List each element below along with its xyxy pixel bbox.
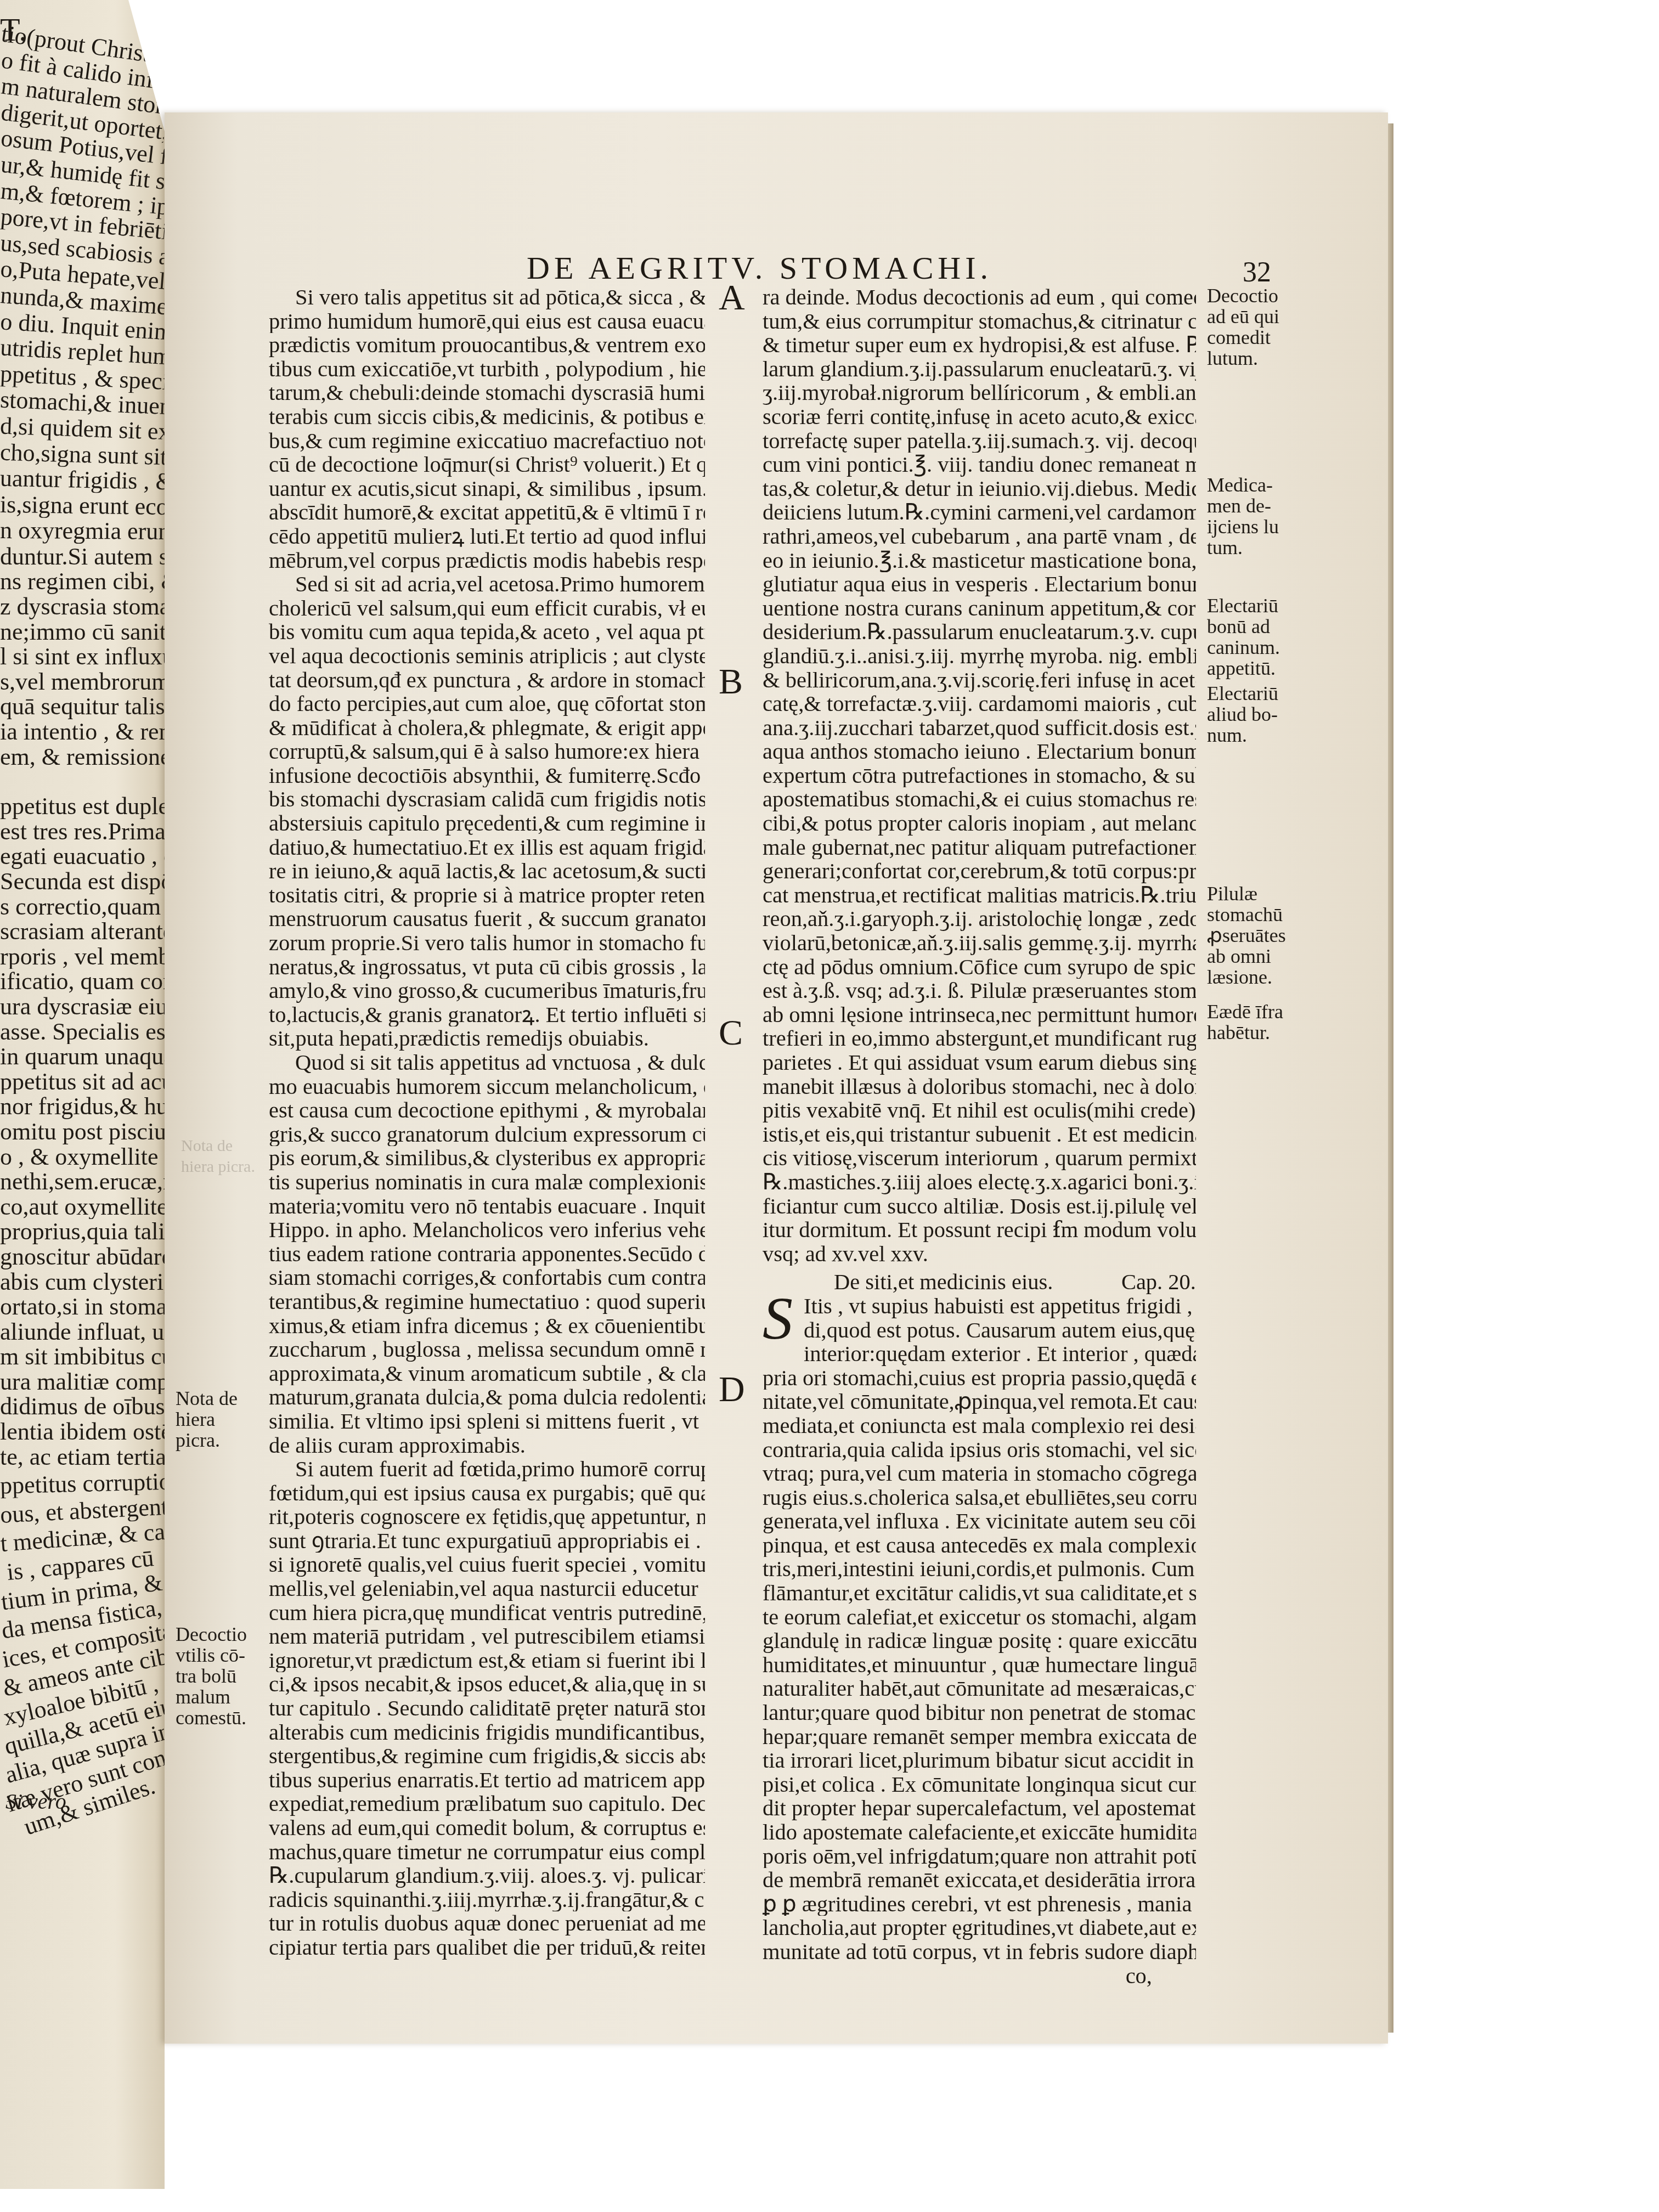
text-line: tibus cum exiccatiōe,vt turbith , polypo… [269,357,705,381]
text-line: parietes . Et qui assiduat vsum earum di… [763,1051,1196,1075]
text-line: cat menstrua,et rectificat malitias matr… [763,883,1196,907]
text-line: tas,& coletur,& detur in ieiunio.vij.die… [763,477,1196,501]
text-line: mediata,et coniuncta est mala complexio … [763,1414,1196,1438]
text-line: humiditates,et minuuntur , quæ humectare… [763,1653,1196,1677]
text-column-1: Si vero talis appetitus sit ad pōtica,& … [269,285,705,1960]
text-line: ʒ.iij.myrobał.nigrorum bellíricorum , & … [763,381,1196,405]
margin-note: Electariū bonū ad caninum. appetitū. [1207,595,1280,679]
text-line: cholericū vel salsum,qui eum efficit cur… [269,596,705,620]
text-line: ℞.cupularum glandium.ʒ.viij. aloes.ʒ. vj… [269,1864,705,1888]
margin-note: Medica- men de- ijciens lu tum. [1207,475,1279,558]
text-line: ximus,& etiam infra dicemus ; & ex cōuen… [269,1314,705,1338]
text-line: generari;confortat cor,cerebrum,& totū c… [763,859,1196,883]
facing-page-line: egati euacuatio , quam cōple [0,844,165,869]
text-line: vtraq; pura,vel cum materia in stomacho … [763,1462,1196,1486]
facing-page-line: duntur.Si autem sint in eo gene [0,544,165,569]
text-line: menstruorum causatus fuerit , & succum g… [269,907,705,931]
facing-page-left: T. tio(prout Christus annuens nobiso fit… [0,0,165,2189]
text-column-2: ra deinde. Modus decoctionis ad eum , qu… [763,285,1196,1988]
running-head: DE AEGRITV. STOMACHI. [527,250,992,286]
facing-page-line: is,signa erunt econtra, calidis vero a [0,492,165,520]
facing-page-line: omitu post piscium salis [0,1119,165,1144]
text-line: glutiatur aqua eius in vesperis . Electa… [763,572,1196,596]
text-line: flāmantur,et excitātur calidis,vt sua ca… [763,1581,1196,1605]
text-line: radicis squinanthi.ʒ.iiij.myrrhæ.ʒ.ij.fr… [269,1888,705,1912]
text-line: uantur ex acutis,sicut sinapi, & similib… [269,477,705,501]
text-line: pinqua, et est causa antecedēs ex mala c… [763,1533,1196,1558]
text-line: mēbrum,vel corpus prædictis modis habebi… [269,549,705,573]
text-line: stergentibus,& regimine cum frigidis,& s… [269,1744,705,1768]
text-line: trefieri in eo,immo abstergunt,et mundif… [763,1026,1196,1051]
text-line: machus,quare timetur ne corrumpatur eius… [269,1840,705,1864]
text-line: maturum,granata dulcia,& poma dulcia red… [269,1385,705,1409]
text-line: catę,& torrefactæ.ʒ.viij. cardamomi maio… [763,692,1196,716]
margin-note: Pilulæ stomachū ꝓseruātes ab omni læsion… [1207,883,1286,988]
margin-note: Electariū aliud bo- num. [1207,683,1278,746]
text-line: Si vero talis appetitus sit ad pōtica,& … [269,285,705,309]
text-line: naturaliter habēt,aut cōmunitate ad mesæ… [763,1677,1196,1701]
facing-page-line: Secunda est dispōnis stoma [0,869,165,894]
text-line: glandiū.ʒ.i..anisi.ʒ.iij. myrrhę myroba.… [763,644,1196,668]
text-line: male gubernat,nec patitur aliquam putref… [763,836,1196,860]
text-line: primo humidum humorē,qui eius est causa … [269,309,705,334]
text-line: zuccharum , buglossa , melissa secundum … [269,1338,705,1362]
text-line: apostematibus stomachi,& ei cuius stomac… [763,787,1196,811]
text-line: violarū,betonicæ,aň.ʒ.iij.salis gemmę.ʒ.… [763,931,1196,955]
section-letter-a: A [719,277,745,319]
text-line: de aliis curam approximabis. [269,1434,705,1458]
facing-page-line: s,vel membrorum inualida,& [0,669,165,695]
text-line: rit,poteris cognoscere ex fętidis,quę ap… [269,1505,705,1529]
facing-page-line: lentia ibidem ostēdimus [0,1419,165,1444]
text-line: di,quod est potus. Causarum autem eius,q… [763,1318,1196,1342]
text-line: datiuo,& humectatiuo.Et ex illis est aqu… [269,836,705,860]
facing-page-line: z dyscrasia stomachi mala [0,594,165,619]
facing-page-line: ns regimen cibi, & potus inanime [0,569,165,594]
text-line: cum vini pontici.℥. viij. tandiu donec r… [763,453,1196,477]
text-line: tia irrorari licet,plurimum bibatur sicu… [763,1748,1196,1773]
text-line: est à.ʒ.ß. vsq; ad.ʒ.i. ß. Pilulæ præser… [763,979,1196,1003]
text-line: tum,& eius corrumpitur stomachus,& citri… [763,309,1196,334]
facing-page-line: d,si quidem sit ex humoribus [0,413,165,444]
text-line: terabis cum siccis cibis,& medicinis, & … [269,405,705,429]
drop-cap: S [763,1291,793,1346]
facing-page-line: asse. Specialis est multiplex [0,1019,165,1045]
text-line: gris,& succo granatorum dulcium expresso… [269,1122,705,1147]
text-line: & mūdificat à cholera,& phlegmate, & eri… [269,716,705,740]
text-line: lancholia,aut propter ęgritudines,vt dia… [763,1916,1196,1940]
facing-page-line: o , & oxymellite ,puocan [0,1144,165,1170]
text-line: terantibus,& regimine humectatiuo : quod… [269,1290,705,1314]
text-line: nem materiā putridam , vel putrescibilem… [269,1624,705,1649]
text-line: valens ad eum,qui comedit bolum, & corru… [269,1816,705,1840]
facing-page-catchword: Si vero [5,1788,66,1814]
margin-note: Eædē īfra habētur. [1207,1001,1283,1043]
facing-page-line: aliunde influat, uel aga [0,1319,165,1345]
text-line: itur dormitum. Et possunt recipi ẜm modu… [763,1218,1196,1242]
text-line: manebit illæsus à doloribus stomachi, ne… [763,1075,1196,1099]
text-line: Sed si sit ad acria,vel acetosa.Primo hu… [269,572,705,596]
text-line: ci,& ipsos necabit,& ipsos educet,& alia… [269,1672,705,1696]
facing-page-text: tio(prout Christus annuens nobiso fit à … [0,44,165,1795]
text-line: tur capitulo . Secundo caliditatē pręter… [269,1696,705,1720]
facing-page-line: s correctio,quam cōplexio [0,894,165,919]
text-line: desiderium.℞.passularum enucleatarum.ʒ.v… [763,620,1196,644]
text-line: mellis,vel geleniabin,vel aqua nasturcii… [269,1577,705,1601]
margin-note: Nota de hiera picra. [176,1388,238,1451]
text-line: Itis , vt supius habuisti est appetitus … [763,1294,1196,1318]
facing-page-line: quā sequitur talis apetitus cor [0,694,165,719]
text-line: expertum cōtra putrefactiones in stomach… [763,764,1196,788]
facing-page-line: n oxyregmia erunt , & quia fu [0,518,165,544]
text-line: nitate,vel cōmunitate,ꝓpinqua,vel remota… [763,1390,1196,1414]
text-line: aqua anthos stomacho ieiuno . Electarium… [763,740,1196,764]
facing-page-line: proprius,quia talis hum [0,1219,165,1244]
text-line: istis,et eis,qui tristantur subuenit . E… [763,1122,1196,1147]
text-line: do facto percipies,aut cum aloe, quę cōf… [269,692,705,716]
text-line: generata,vel influxa . Ex vicinitate aut… [763,1509,1196,1533]
section-letter-c: C [719,1012,743,1054]
text-line: vel aqua decoctionis seminis atriplicis … [269,644,705,668]
text-line: cibi,& potus propter caloris inopiam , a… [763,811,1196,836]
chapter-heading: De siti,et medicinis eius. Cap. 20. [763,1270,1196,1294]
facing-page-line: abis cum clysteri, vł pha [0,1269,165,1295]
facing-page-line: te, ac etiam tertiam [0,1444,165,1470]
text-line: poris oēm,vel infrigdatum;quare non attr… [763,1844,1196,1869]
facing-page-line: ppetitus est duplex,est.n.gene [0,794,165,819]
text-line: torrefactę super patella.ʒ.iij.sumach.ʒ.… [763,429,1196,453]
text-line: interior:quędam exterior . Et interior ,… [763,1342,1196,1366]
text-line: rugis eius.s.cholerica salsa,et ebulliēt… [763,1486,1196,1510]
text-line: cum hiera picra,quę mundificat ventris p… [269,1601,705,1625]
facing-page-line: ppetitus corruptionis [0,1469,165,1498]
text-line: pria ori stomachi,cuius est propria pass… [763,1366,1196,1390]
text-line: expediat,remedium prælibatum suo capitul… [269,1792,705,1816]
text-line: & belliricorum,ana.ʒ.vij.scorię.feri inf… [763,668,1196,692]
text-line: vsq; ad xv.vel xxv. [763,1242,1196,1266]
text-line: mo euacuabis humorem siccum melancholicu… [269,1075,705,1099]
text-line: bis stomachi dyscrasiam calidā cum frigi… [269,787,705,811]
text-line: si ignoretē qualis,vel cuius fuerit spec… [269,1553,705,1577]
text-line: ꝑ ꝑ ægritudines cerebri, vt est phrenesi… [763,1892,1196,1916]
text-line: approximata,& vinum aromaticum subtile ,… [269,1362,705,1386]
facing-page-line: ia intentio , & remissio penes [0,719,165,744]
facing-page-line: uantur frigidis , & abso [0,466,165,494]
text-line: corruptū,& salsum,qui ē à salso humore:e… [269,740,705,764]
text-line: sunt ꝯtraria.Et tunc expurgatiuū appropr… [269,1529,705,1553]
text-line: tur in rotulis duobus aquæ donec perueni… [269,1911,705,1936]
text-line: tarum,& chebuli:deinde stomachi dyscrasi… [269,381,705,405]
text-line: est causa cum decoctione epithymi , & my… [269,1098,705,1122]
text-line: zorum proprie.Si vero talis humor in sto… [269,931,705,955]
text-line: re in ieiuno,& aquā lactis,& lac acetosu… [269,859,705,883]
text-line: abscīdit humorē,& excitat appetitū,& ē v… [269,500,705,524]
text-line: tis superius nominatis in cura malæ comp… [269,1170,705,1194]
text-line: cipiatur tertia pars qualibet die per tr… [269,1936,705,1960]
facing-page-line: rporis , vel membri (si quod [0,944,165,969]
section-letter-b: B [719,661,743,703]
text-line: infusione decoctiōis absynthii, & fumite… [269,764,705,788]
facing-page-line: nethi,sem.erucæ,nasturci [0,1169,165,1194]
catchword: co, [763,1964,1196,1988]
text-line: & timetur super eum ex hydropisi,& est a… [763,333,1196,357]
text-line: bus,& cum regimine exiccatiuo macrefacti… [269,429,705,453]
text-line: materia;vomitu vero nō tentabis euacuare… [269,1194,705,1218]
text-line: ℞.mastiches.ʒ.iiij aloes electę.ʒ.x.agar… [763,1170,1196,1194]
text-line: cis vitiosę,viscerum interiorum , quarum… [763,1146,1196,1170]
chapter-title: De siti,et medicinis eius. [834,1270,1053,1294]
text-line: glandulę in radicæ linguæ positę : quare… [763,1629,1196,1653]
facing-page-line: ortato,si in stomacho sit [0,1294,165,1319]
facing-page-line: l si sint ex influxu, signa eius [0,644,165,669]
text-line: prædictis vomitum prouocantibus,& ventre… [269,333,705,357]
facing-page-line: cho,signa sunt siti [0,439,165,469]
text-line: hepar;quare remanēt semper membra exicca… [763,1725,1196,1749]
text-line: similia. Et vltimo ipsi spleni si mitten… [269,1409,705,1434]
text-line: lantur;quare quod bibitur non penetrat d… [763,1701,1196,1725]
text-line: Quod si sit talis appetitus ad vnctuosa … [269,1051,705,1075]
text-line: tius eadem ratione contraria apponentes.… [269,1242,705,1266]
text-line: lido apostemate calefaciente,et exiccāte… [763,1820,1196,1844]
chapter-number: Cap. 20. [1121,1270,1196,1294]
text-line: to,lactucis,& granis granatorꝝ. Et terti… [269,1003,705,1027]
text-line: munitate ad totū corpus, vt in febris su… [763,1940,1196,1964]
facing-page-line: ppetitus sit ad acuta acri [0,1069,165,1094]
facing-page-line: co,aut oxymellite ei⁹,sic [0,1194,165,1220]
margin-note: Decoctio vtilis cō- tra bolū malum comes… [176,1624,247,1728]
text-line: pisi,et colica . Ex cōmunitate longinqua… [763,1773,1196,1797]
text-line: Hippo. in apho. Melancholicos vero infer… [269,1218,705,1242]
facing-page-line: ura dyscrasiæ eius cum [0,994,165,1019]
text-line: rathri,ameos,vel cubebarum , ana partē v… [763,524,1196,549]
text-line: deiiciens lutum.℞.cymini carmeni,vel car… [763,500,1196,524]
facing-page-line: em, & remissionem ipsius tali [0,744,165,770]
facing-page-line [0,769,165,794]
section-letter-d: D [719,1369,745,1410]
text-line: tat deorsum,qđ ex punctura , & ardore in… [269,668,705,692]
facing-page-line: didimus de oībus serieb [0,1394,165,1419]
text-line: scoriæ ferri contitę,infusę in aceto acu… [763,405,1196,429]
text-line: reon,aň.ʒ.i.garyoph.ʒ.ij. aristolochię l… [763,907,1196,931]
margin-note: Decoctio ad eū qui comedit lutum. [1207,285,1279,369]
text-line: uentione nostra curans caninum appetitum… [763,596,1196,620]
text-line: tibus superius enarratis.Et tertio ad ma… [269,1768,705,1792]
text-line: dit propter hepar supercalefactum, vel a… [763,1796,1196,1820]
page-number: 32 [1243,256,1271,289]
text-line: cēdo appetitū mulierꝝ luti.Et tertio ad … [269,524,705,549]
text-line: ra deinde. Modus decoctionis ad eum , qu… [763,285,1196,309]
facing-page-line: ura malitiæ complexionis [0,1369,165,1395]
text-line: sit,puta hepati,prædictis remedijs obuia… [269,1026,705,1051]
facing-page-line: gnoscitur abūdare;q̄ si in [0,1244,165,1269]
text-line: tositatis citri, & proprie si à matrice … [269,883,705,907]
text-line: eo in ieiunio.℥.i.& masticetur masticati… [763,549,1196,573]
facing-page-line: in quarum unaquaq; præ [0,1044,165,1069]
text-line: pis eorum,& similibus,& clysteribus ex a… [269,1146,705,1170]
text-line: bis vomitu cum aqua tepida,& aceto , vel… [269,620,705,644]
offset-bleed-through: Nota de hiera picra. [181,1136,255,1177]
text-line: fœtidum,qui est ipsius causa ex purgabis… [269,1481,705,1505]
text-line: abstersiuis capitulo pręcedenti,& cum re… [269,811,705,836]
text-line: amylo,& vino grosso,& cucumeribus īmatur… [269,979,705,1003]
facing-page-line: ificatio, quam complendi [0,969,165,994]
text-line: pitis vexabitē vnq̄. Et nihil est oculis… [763,1098,1196,1122]
text-line: ana.ʒ.iij.zucchari tabarzet,quod suffici… [763,716,1196,740]
text-line: cū de decoctione loq̄mur(si Christ⁹ volu… [269,453,705,477]
text-line: siam stomachi corriges,& confortabis cum… [269,1266,705,1290]
facing-page-line: est tres res.Prima est humora [0,819,165,844]
text-line: Si autem fuerit ad fœtida,primo humorē c… [269,1457,705,1481]
text-line: tris,meri,intestini ieiuni,cordis,et pul… [763,1557,1196,1581]
text-line: neratus,& ingrossatus, vt puta cū cibis … [269,955,705,979]
text-line: contraria,quia calida ipsius oris stomac… [763,1438,1196,1462]
text-line: larum glandium.ʒ.ij.passularum enucleata… [763,357,1196,381]
text-line: ab omni lęsione intrinseca,nec permittun… [763,1003,1196,1027]
text-line: alterabis cum medicinis frigidis mundifi… [269,1720,705,1745]
facing-page-line: m sit imbibitus cum hiera [0,1344,165,1369]
text-line: ignoretur,vt prædictum est,& etiam si fu… [269,1649,705,1673]
facing-page-line: nor frigidus,& humid⁹,& [0,1094,165,1119]
book-page: DE AEGRITV. STOMACHI. 32 Nota de hiera p… [165,112,1388,2044]
facing-page-line: scrasiam alterantes,& spa [0,919,165,944]
text-line: ficiantur cum succo altiliæ. Dosis est.i… [763,1194,1196,1218]
facing-page-line: ne;immo cū sanitate totius [0,619,165,645]
text-line: te eorum calefiat,et exiccetur os stomac… [763,1605,1196,1629]
text-line: de membrā remanēt exiccata,et desiderāti… [763,1868,1196,1892]
text-line: ctę ad pōdus omnium.Cōfice cum syrupo de… [763,955,1196,979]
